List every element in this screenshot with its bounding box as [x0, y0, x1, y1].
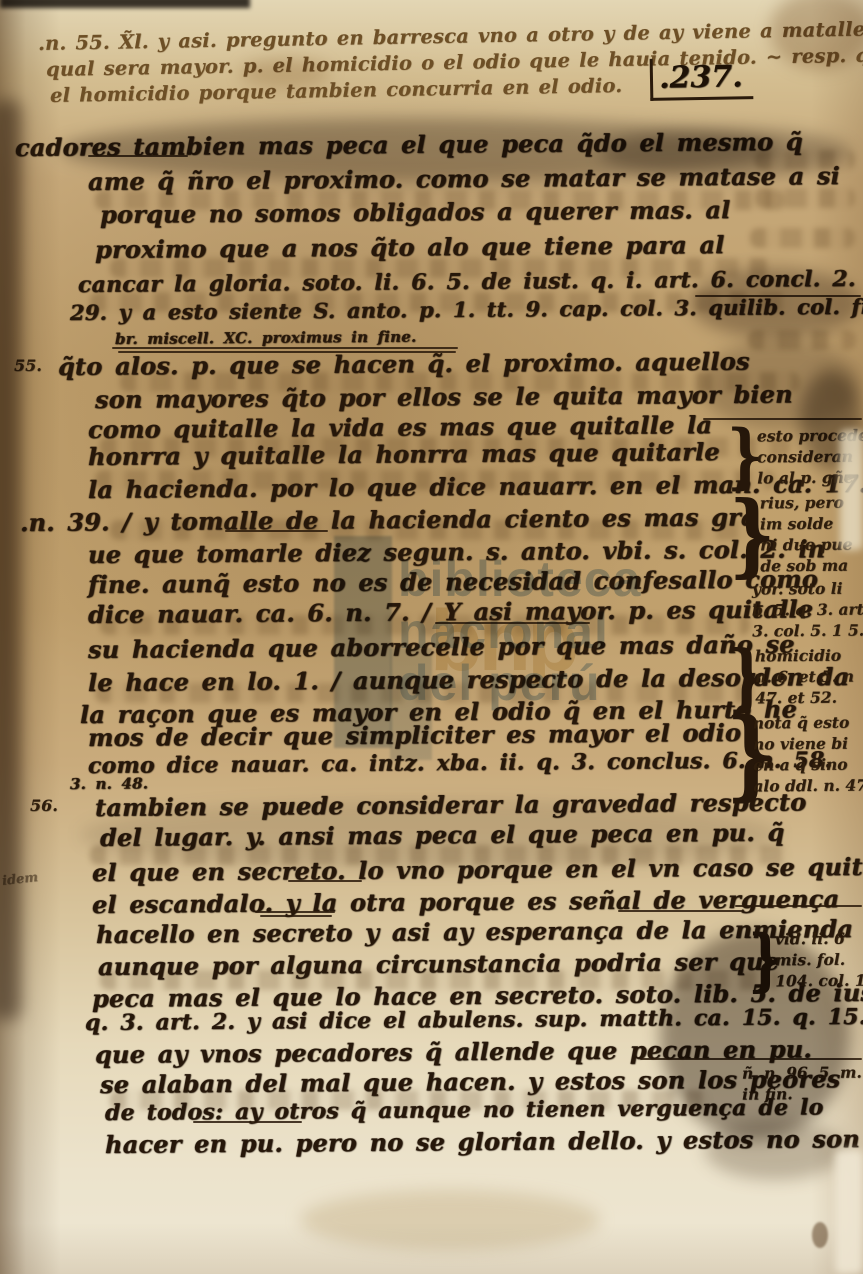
folio-number: .237.	[650, 57, 753, 101]
margin-number: 56.	[30, 796, 58, 815]
body-line: proximo que a nos q̃to alo que tiene par…	[95, 230, 725, 264]
body-line: aunque por alguna circunstancia podria s…	[98, 947, 779, 981]
ink-underline	[618, 910, 744, 912]
margin-note: vid. li. 6 mis. fol. 104. col. 1	[775, 928, 863, 992]
ink-underline	[260, 915, 332, 917]
ink-underline	[225, 530, 328, 532]
margin-note-line: de sob ma	[760, 555, 853, 577]
body-line: mos de decir que simpliciter es mayor el…	[88, 718, 741, 752]
ink-underline	[118, 351, 456, 353]
ink-rule	[695, 295, 861, 297]
body-line: fine. aunq̃ esto no es de necesidad conf…	[88, 564, 818, 599]
body-line: tambien se puede considerar la gravedad …	[95, 787, 807, 822]
body-line: se alaban del mal que hacen. y estos son…	[100, 1064, 841, 1099]
margin-number: 55.	[14, 356, 42, 375]
body-line: del lugar. y. ansi mas peca el que peca …	[100, 818, 785, 852]
margin-note: esto procede consideran lo al p. gñe	[757, 425, 863, 489]
body-line: .n. 39. / y tomalle de la hacienda cient…	[20, 502, 757, 537]
bleedthrough-smudge	[755, 188, 855, 208]
body-line: su hacienda que aborrecelle por que mas …	[88, 629, 795, 664]
ink-underline	[255, 911, 335, 913]
margin-note-line: ñ. n. 96. 5. m. 50	[742, 1061, 863, 1083]
ink-underline	[288, 880, 362, 882]
interlinear-citation: 3. n. 48.	[70, 774, 148, 793]
margin-note-line: esto procede	[757, 425, 863, 447]
ink-underline	[435, 622, 590, 624]
margin-note-line: consideran	[757, 446, 863, 468]
ink-rule	[703, 418, 862, 420]
margin-note-line: vid. li. 6	[775, 928, 863, 950]
margin-note: rius, pero im solde ni duo pue de sob ma	[760, 492, 853, 577]
margin-note: ñ. n. 96. 5. m. 50 in fin.	[742, 1061, 863, 1104]
margin-note-line: ni duo pue	[760, 534, 853, 556]
body-line: hacello en secreto y asi ay esperança de…	[96, 914, 853, 949]
margin-note-line: en a q̃ sino	[753, 753, 863, 775]
margin-note-line: 3. col. 5. 1 5.	[752, 619, 863, 641]
ink-rule	[735, 905, 862, 907]
margin-note-line: im solde	[760, 513, 853, 535]
margin-note-line: homicidio	[755, 645, 854, 667]
margin-note-line: in fin.	[742, 1082, 863, 1104]
margin-note: yor. soto li b. 5. q. 3. art. 3. col. 5.…	[752, 577, 863, 641]
ink-underline	[112, 347, 458, 349]
margin-note: nota q̃ esto no viene bi en a q̃ sino al…	[753, 711, 863, 796]
body-line: el que en secreto. lo vno porque en el v…	[92, 852, 863, 887]
bleedthrough-smudge	[748, 330, 856, 350]
interlinear-citation: br. miscell. XC. proximus in fine.	[115, 328, 417, 348]
margin-note-line: mis. fol.	[775, 949, 863, 971]
body-line: hacer en pu. pero no se glorian dello. y…	[105, 1124, 860, 1159]
margin-note-line: b. 5. q. 3. art.	[752, 598, 863, 620]
body-line: que ay vnos pecadores q̃ allende que pec…	[95, 1034, 812, 1069]
body-line: son mayores q̃to por ellos se le quita m…	[95, 380, 793, 414]
margin-note-line: no viene bi	[753, 732, 863, 754]
body-line: ame q̃ ñro el proximo. como se matar se …	[88, 161, 840, 196]
margin-note-line: yor. soto li	[752, 577, 863, 599]
margin-note-line: rius, pero	[760, 492, 853, 514]
bleedthrough-smudge	[750, 228, 855, 248]
ink-rule	[640, 1058, 862, 1060]
ink-underline	[88, 155, 188, 157]
margin-note-line: nota q̃ esto	[753, 711, 863, 733]
manuscript-page: .n. 55. X̃l. y asi. pregunto en barresca…	[0, 0, 863, 1274]
margin-note-line: 104. col. 1	[775, 970, 863, 992]
margin-note-line: n. 6. et 5. n	[755, 666, 854, 688]
ink-underline	[193, 1121, 302, 1123]
body-line: el escandalo. y la otra porque es señal …	[92, 884, 840, 919]
body-line: ue que tomarle diez segun. s. anto. vbi.…	[88, 534, 826, 569]
margin-note-line: alo ddl. n. 47.	[753, 774, 863, 796]
body-line: honrra y quitalle la honrra mas que quit…	[88, 437, 720, 471]
body-line: porque no somos obligados a querer mas. …	[100, 195, 731, 229]
